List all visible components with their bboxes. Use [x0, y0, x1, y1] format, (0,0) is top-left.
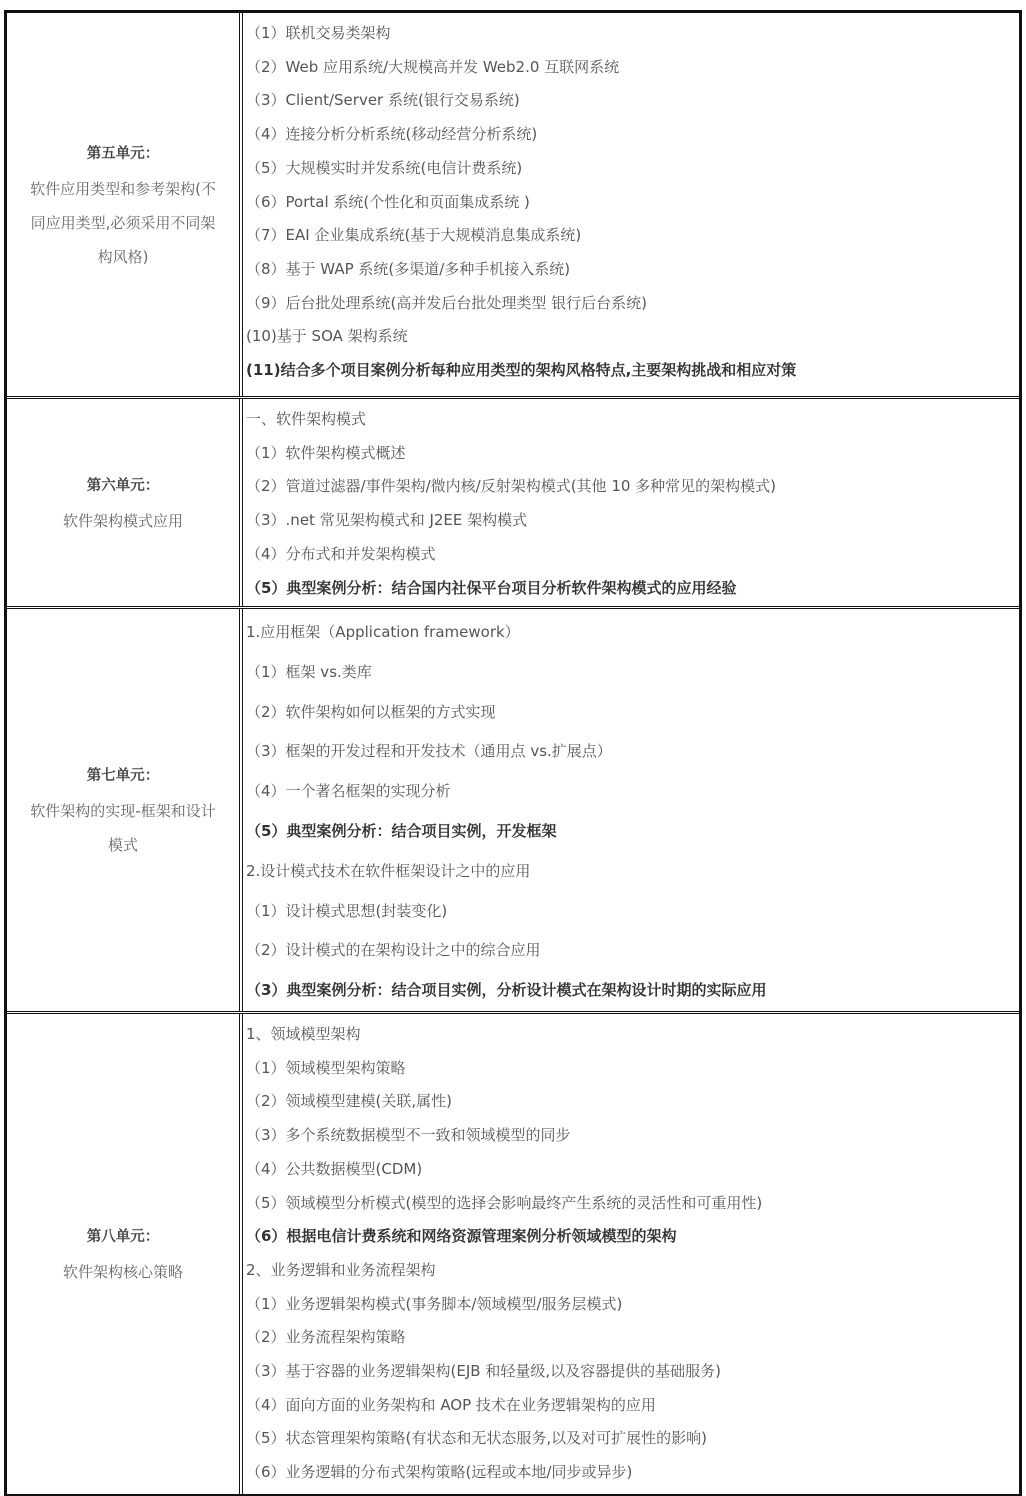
list-item-highlight: （5）典型案例分析：结合国内社保平台项目分析软件架构模式的应用经验 — [246, 572, 1019, 606]
list-item: （4）连接分析分析系统(移动经营分析系统) — [246, 118, 1019, 152]
unit-label-cell: 第八单元： 软件架构核心策略 — [7, 1014, 243, 1494]
list-item: （2）业务流程架构策略 — [246, 1321, 1019, 1355]
list-item: （2）设计模式的在架构设计之中的综合应用 — [246, 931, 1019, 971]
list-item: （8）基于 WAP 系统(多渠道/多种手机接入系统) — [246, 253, 1019, 287]
list-item: （3）基于容器的业务逻辑架构(EJB 和轻量级,以及容器提供的基础服务) — [246, 1355, 1019, 1389]
list-item-highlight: （5）典型案例分析：结合项目实例，开发框架 — [246, 812, 1019, 852]
unit-row-7: 第七单元： 软件架构的实现-框架和设计 模式 1.应用框架（Applicatio… — [7, 609, 1019, 1014]
unit-title: 第五单元： — [87, 136, 160, 172]
list-item: （5）状态管理架构策略(有状态和无状态服务,以及对可扩展性的影响) — [246, 1422, 1019, 1456]
unit-title: 第八单元： — [87, 1219, 160, 1255]
list-heading: 2.设计模式技术在软件框架设计之中的应用 — [246, 852, 1019, 892]
list-item-highlight: （6）根据电信计费系统和网络资源管理案例分析领域模型的架构 — [246, 1220, 1019, 1254]
unit-content-cell: 1、领域模型架构 （1）领域模型架构策略 （2）领域模型建模(关联,属性) （3… — [243, 1014, 1019, 1494]
unit-label-cell: 第六单元： 软件架构模式应用 — [7, 399, 243, 606]
unit-subtitle: 软件应用类型和参考架构(不 — [30, 172, 216, 206]
list-item: （3）Client/Server 系统(银行交易系统) — [246, 84, 1019, 118]
list-item: （1）联机交易类架构 — [246, 17, 1019, 51]
list-item: （4）面向方面的业务架构和 AOP 技术在业务逻辑架构的应用 — [246, 1389, 1019, 1423]
list-item: （4）分布式和并发架构模式 — [246, 538, 1019, 572]
unit-row-6: 第六单元： 软件架构模式应用 一、软件架构模式 （1）软件架构模式概述 （2）管… — [7, 399, 1019, 609]
list-item-highlight: （3）典型案例分析：结合项目实例，分析设计模式在架构设计时期的实际应用 — [246, 971, 1019, 1011]
list-item: （1）软件架构模式概述 — [246, 437, 1019, 471]
unit-content-cell: （1）联机交易类架构 （2）Web 应用系统/大规模高并发 Web2.0 互联网… — [243, 13, 1019, 396]
list-item: （6）业务逻辑的分布式架构策略(远程或本地/同步或异步) — [246, 1456, 1019, 1490]
list-item: (10)基于 SOA 架构系统 — [246, 320, 1019, 354]
list-item: （2）软件架构如何以框架的方式实现 — [246, 693, 1019, 733]
list-item-highlight: (11)结合多个项目案例分析每种应用类型的架构风格特点,主要架构挑战和相应对策 — [246, 354, 1019, 388]
list-item: （5）领域模型分析模式(模型的选择会影响最终产生系统的灵活性和可重用性) — [246, 1187, 1019, 1221]
unit-subtitle: 模式 — [108, 828, 138, 862]
list-item: （1）业务逻辑架构模式(事务脚本/领域模型/服务层模式) — [246, 1288, 1019, 1322]
unit-subtitle: 软件架构模式应用 — [63, 504, 183, 538]
unit-subtitle: 软件架构的实现-框架和设计 — [30, 794, 215, 828]
list-item: （2）Web 应用系统/大规模高并发 Web2.0 互联网系统 — [246, 51, 1019, 85]
list-heading: 1.应用框架（Application framework） — [246, 613, 1019, 653]
unit-subtitle: 构风格) — [98, 240, 149, 274]
unit-row-5: 第五单元： 软件应用类型和参考架构(不 同应用类型,必须采用不同架 构风格) （… — [7, 13, 1019, 399]
list-heading: 1、领域模型架构 — [246, 1018, 1019, 1052]
list-item: （3）多个系统数据模型不一致和领域模型的同步 — [246, 1119, 1019, 1153]
list-item: （4）公共数据模型(CDM) — [246, 1153, 1019, 1187]
unit-content-cell: 一、软件架构模式 （1）软件架构模式概述 （2）管道过滤器/事件架构/微内核/反… — [243, 399, 1019, 606]
list-heading: 一、软件架构模式 — [246, 403, 1019, 437]
unit-label-cell: 第五单元： 软件应用类型和参考架构(不 同应用类型,必须采用不同架 构风格) — [7, 13, 243, 396]
unit-content-cell: 1.应用框架（Application framework） （1）框架 vs.类… — [243, 609, 1019, 1011]
list-item: （2）领域模型建模(关联,属性) — [246, 1085, 1019, 1119]
list-item: （9）后台批处理系统(高并发后台批处理类型 银行后台系统) — [246, 287, 1019, 321]
list-item: （5）大规模实时并发系统(电信计费系统) — [246, 152, 1019, 186]
list-item: （1）框架 vs.类库 — [246, 653, 1019, 693]
unit-subtitle: 软件架构核心策略 — [63, 1255, 183, 1289]
unit-label-cell: 第七单元： 软件架构的实现-框架和设计 模式 — [7, 609, 243, 1011]
list-item: （7）EAI 企业集成系统(基于大规模消息集成系统) — [246, 219, 1019, 253]
list-item: （3）框架的开发过程和开发技术（通用点 vs.扩展点） — [246, 732, 1019, 772]
list-item: （1）设计模式思想(封装变化) — [246, 892, 1019, 932]
list-heading: 2、业务逻辑和业务流程架构 — [246, 1254, 1019, 1288]
list-item: （3）.net 常见架构模式和 J2EE 架构模式 — [246, 504, 1019, 538]
list-item: （6）Portal 系统(个性化和页面集成系统 ) — [246, 186, 1019, 220]
list-item: （1）领域模型架构策略 — [246, 1052, 1019, 1086]
curriculum-table: 第五单元： 软件应用类型和参考架构(不 同应用类型,必须采用不同架 构风格) （… — [4, 10, 1022, 1496]
list-item: （2）管道过滤器/事件架构/微内核/反射架构模式(其他 10 多种常见的架构模式… — [246, 470, 1019, 504]
unit-subtitle: 同应用类型,必须采用不同架 — [31, 206, 216, 240]
list-item: （4）一个著名框架的实现分析 — [246, 772, 1019, 812]
unit-row-8: 第八单元： 软件架构核心策略 1、领域模型架构 （1）领域模型架构策略 （2）领… — [7, 1014, 1019, 1494]
unit-title: 第六单元： — [87, 468, 160, 504]
unit-title: 第七单元： — [87, 758, 160, 794]
